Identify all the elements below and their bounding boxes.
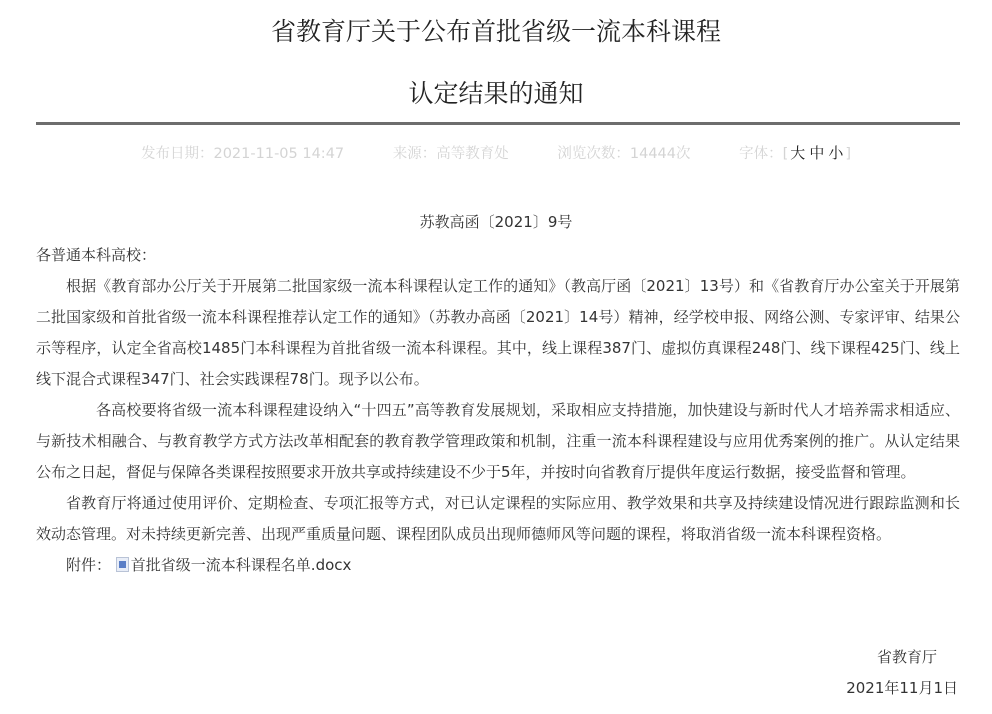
font-size-selector: 字体：[大中小] [739, 146, 851, 162]
view-count-label: 浏览次数： [557, 146, 630, 162]
attachment-label: 附件： [66, 556, 111, 574]
font-size-medium-button[interactable]: 中 [809, 144, 824, 162]
body-paragraph: 省教育厅将通过使用评价、定期检查、专项汇报等方式，对已认定课程的实际应用、教学效… [36, 488, 960, 550]
publish-date: 发布日期：2021-11-05 14:47 [141, 146, 344, 162]
issue-date: 2021年11月1日 [846, 677, 958, 698]
source: 来源：高等教育处 [393, 146, 509, 162]
word-doc-icon [116, 557, 129, 572]
source-label: 来源： [393, 146, 437, 162]
article-title-line-1: 省教育厅关于公布首批省级一流本科课程 [0, 16, 992, 48]
body-paragraph: 各高校要将省级一流本科课程建设纳入“十四五”高等教育发展规划，采取相应支持措施，… [36, 395, 960, 488]
view-count: 浏览次数：14444次 [557, 146, 690, 162]
bracket-close: ] [845, 146, 851, 162]
issuer-signature: 省教育厅 [877, 646, 937, 667]
article-meta-bar: 发布日期：2021-11-05 14:47 来源：高等教育处 浏览次数：1444… [0, 143, 992, 164]
attachment-link[interactable]: 首批省级一流本科课程名单.docx [116, 556, 352, 574]
bracket-open: [ [783, 146, 789, 162]
attachment-filename: 首批省级一流本科课程名单.docx [131, 556, 352, 574]
salutation: 各普通本科高校： [36, 240, 960, 271]
font-size-large-button[interactable]: 大 [790, 144, 805, 162]
publish-date-label: 发布日期： [141, 146, 214, 162]
title-divider [36, 122, 960, 125]
publish-date-value: 2021-11-05 14:47 [213, 146, 344, 162]
font-size-label: 字体： [739, 146, 783, 162]
view-count-value: 14444次 [630, 146, 691, 162]
body-paragraph: 根据《教育部办公厅关于开展第二批国家级一流本科课程认定工作的通知》（教高厅函〔2… [36, 271, 960, 395]
article-title-line-2: 认定结果的通知 [0, 78, 992, 110]
font-size-small-button[interactable]: 小 [828, 144, 843, 162]
attachment-line: 附件： 首批省级一流本科课程名单.docx [36, 550, 960, 581]
document-number: 苏教高函〔2021〕9号 [0, 211, 992, 232]
source-value: 高等教育处 [436, 146, 509, 162]
article-body: 各普通本科高校： 根据《教育部办公厅关于开展第二批国家级一流本科课程认定工作的通… [36, 240, 960, 581]
